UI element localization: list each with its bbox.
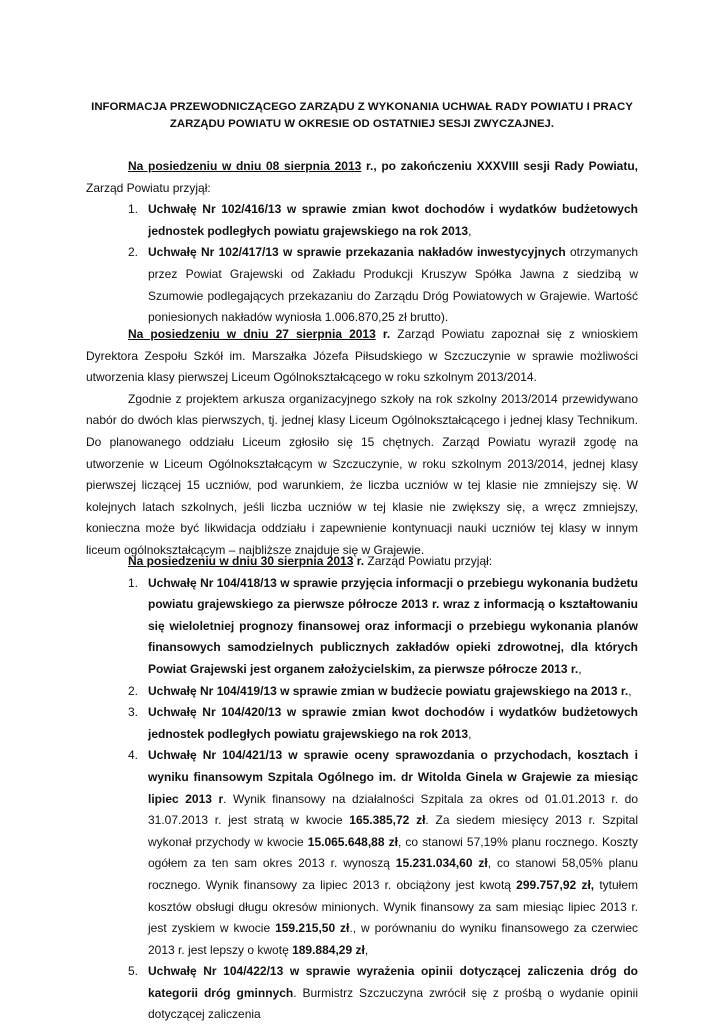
section-08-sierpnia: Na posiedzeniu w dniu 08 sierpnia 2013 r… (86, 156, 638, 329)
section-heading: Na posiedzeniu w dniu 27 sierpnia 2013 r… (86, 324, 638, 389)
meeting-date: Na posiedzeniu w dniu 08 sierpnia 2013 (128, 159, 361, 173)
section-30-sierpnia: Na posiedzeniu w dniu 30 sierpnia 2013 r… (86, 551, 638, 1024)
list-item: 2.Uchwałę Nr 104/419/13 w sprawie zmian … (86, 681, 638, 703)
section-heading: Na posiedzeniu w dniu 08 sierpnia 2013 r… (86, 156, 638, 199)
document-title: INFORMACJA PRZEWODNICZĄCEGO ZARZĄDU Z WY… (86, 99, 638, 133)
meeting-date: Na posiedzeniu w dniu 30 sierpnia 2013 (128, 554, 353, 568)
list-item: 1.Uchwałę Nr 102/416/13 w sprawie zmian … (86, 199, 638, 242)
resolution-list: 1.Uchwałę Nr 104/418/13 w sprawie przyję… (86, 573, 638, 1024)
list-item: 4.Uchwałę Nr 104/421/13 w sprawie oceny … (86, 745, 638, 961)
list-item: 1.Uchwałę Nr 104/418/13 w sprawie przyję… (86, 573, 638, 681)
document-page: INFORMACJA PRZEWODNICZĄCEGO ZARZĄDU Z WY… (0, 0, 724, 1024)
section-27-sierpnia: Na posiedzeniu w dniu 27 sierpnia 2013 r… (86, 324, 638, 562)
meeting-date: Na posiedzeniu w dniu 27 sierpnia 2013 (128, 327, 376, 341)
list-item: 2.Uchwałę Nr 102/417/13 w sprawie przeka… (86, 242, 638, 328)
list-item: 5.Uchwałę Nr 104/422/13 w sprawie wyraże… (86, 961, 638, 1024)
resolution-list: 1.Uchwałę Nr 102/416/13 w sprawie zmian … (86, 199, 638, 329)
section-heading: Na posiedzeniu w dniu 30 sierpnia 2013 r… (86, 551, 638, 573)
title-line-2: ZARZĄDU POWIATU W OKRESIE OD OSTATNIEJ S… (86, 116, 638, 133)
list-item: 3.Uchwałę Nr 104/420/13 w sprawie zmian … (86, 702, 638, 745)
paragraph: Zgodnie z projektem arkusza organizacyjn… (86, 389, 638, 562)
title-line-1: INFORMACJA PRZEWODNICZĄCEGO ZARZĄDU Z WY… (86, 99, 638, 116)
